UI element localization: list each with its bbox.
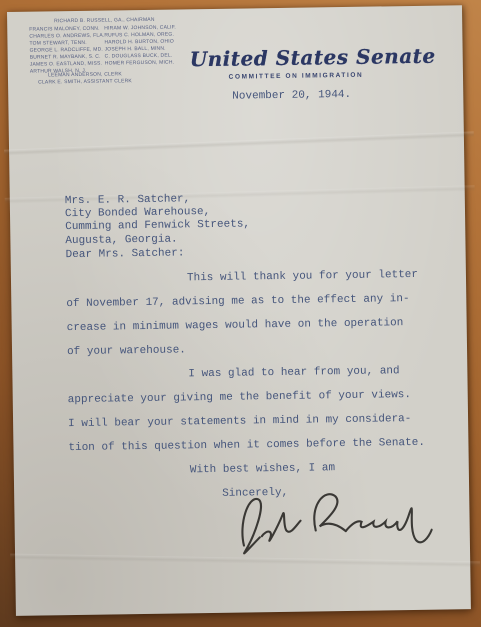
letterhead-clerks: LEEMAN ANDERSON, CLERKCLARK E. SMITH, AS… xyxy=(30,71,140,86)
committee-name: COMMITTEE ON IMMIGRATION xyxy=(190,71,402,81)
address-line: Augusta, Georgia. xyxy=(65,232,250,248)
paper-crease xyxy=(4,131,474,155)
committee-member: HOMER FERGUSON, MICH. xyxy=(105,59,177,67)
clerk-line: CLARK E. SMITH, ASSISTANT CLERK xyxy=(30,78,140,86)
date-line: November 20, 1944. xyxy=(232,89,351,103)
committee-members-left: FRANCIS MALONEY, CONN.CHARLES O. ANDREWS… xyxy=(29,26,105,76)
committee-members-right: HIRAM W. JOHNSON, CALIF.RUFUS C. HOLMAN,… xyxy=(104,24,176,67)
salutation: Dear Mrs. Satcher: xyxy=(66,247,185,261)
address-line: Cumming and Fenwick Streets, xyxy=(65,219,250,235)
wood-desk-background: { "letterhead": { "chairman": "RICHARD B… xyxy=(0,0,481,627)
letter-body: This will thank you for your letterof No… xyxy=(66,269,442,514)
senate-title: United States Senate xyxy=(190,44,402,71)
letterhead-masthead: United States Senate COMMITTEE ON IMMIGR… xyxy=(190,44,402,81)
letterhead-committee-list: RICHARD B. RUSSELL, GA., CHAIRMAN FRANCI… xyxy=(29,16,229,19)
body-line: Sincerely, xyxy=(69,485,441,515)
recipient-address: Mrs. E. R. Satcher,City Bonded Warehouse… xyxy=(65,192,251,248)
paper-crease xyxy=(10,554,480,568)
letter-paper: RICHARD B. RUSSELL, GA., CHAIRMAN FRANCI… xyxy=(7,5,471,616)
committee-chairman: RICHARD B. RUSSELL, GA., CHAIRMAN xyxy=(54,17,155,25)
